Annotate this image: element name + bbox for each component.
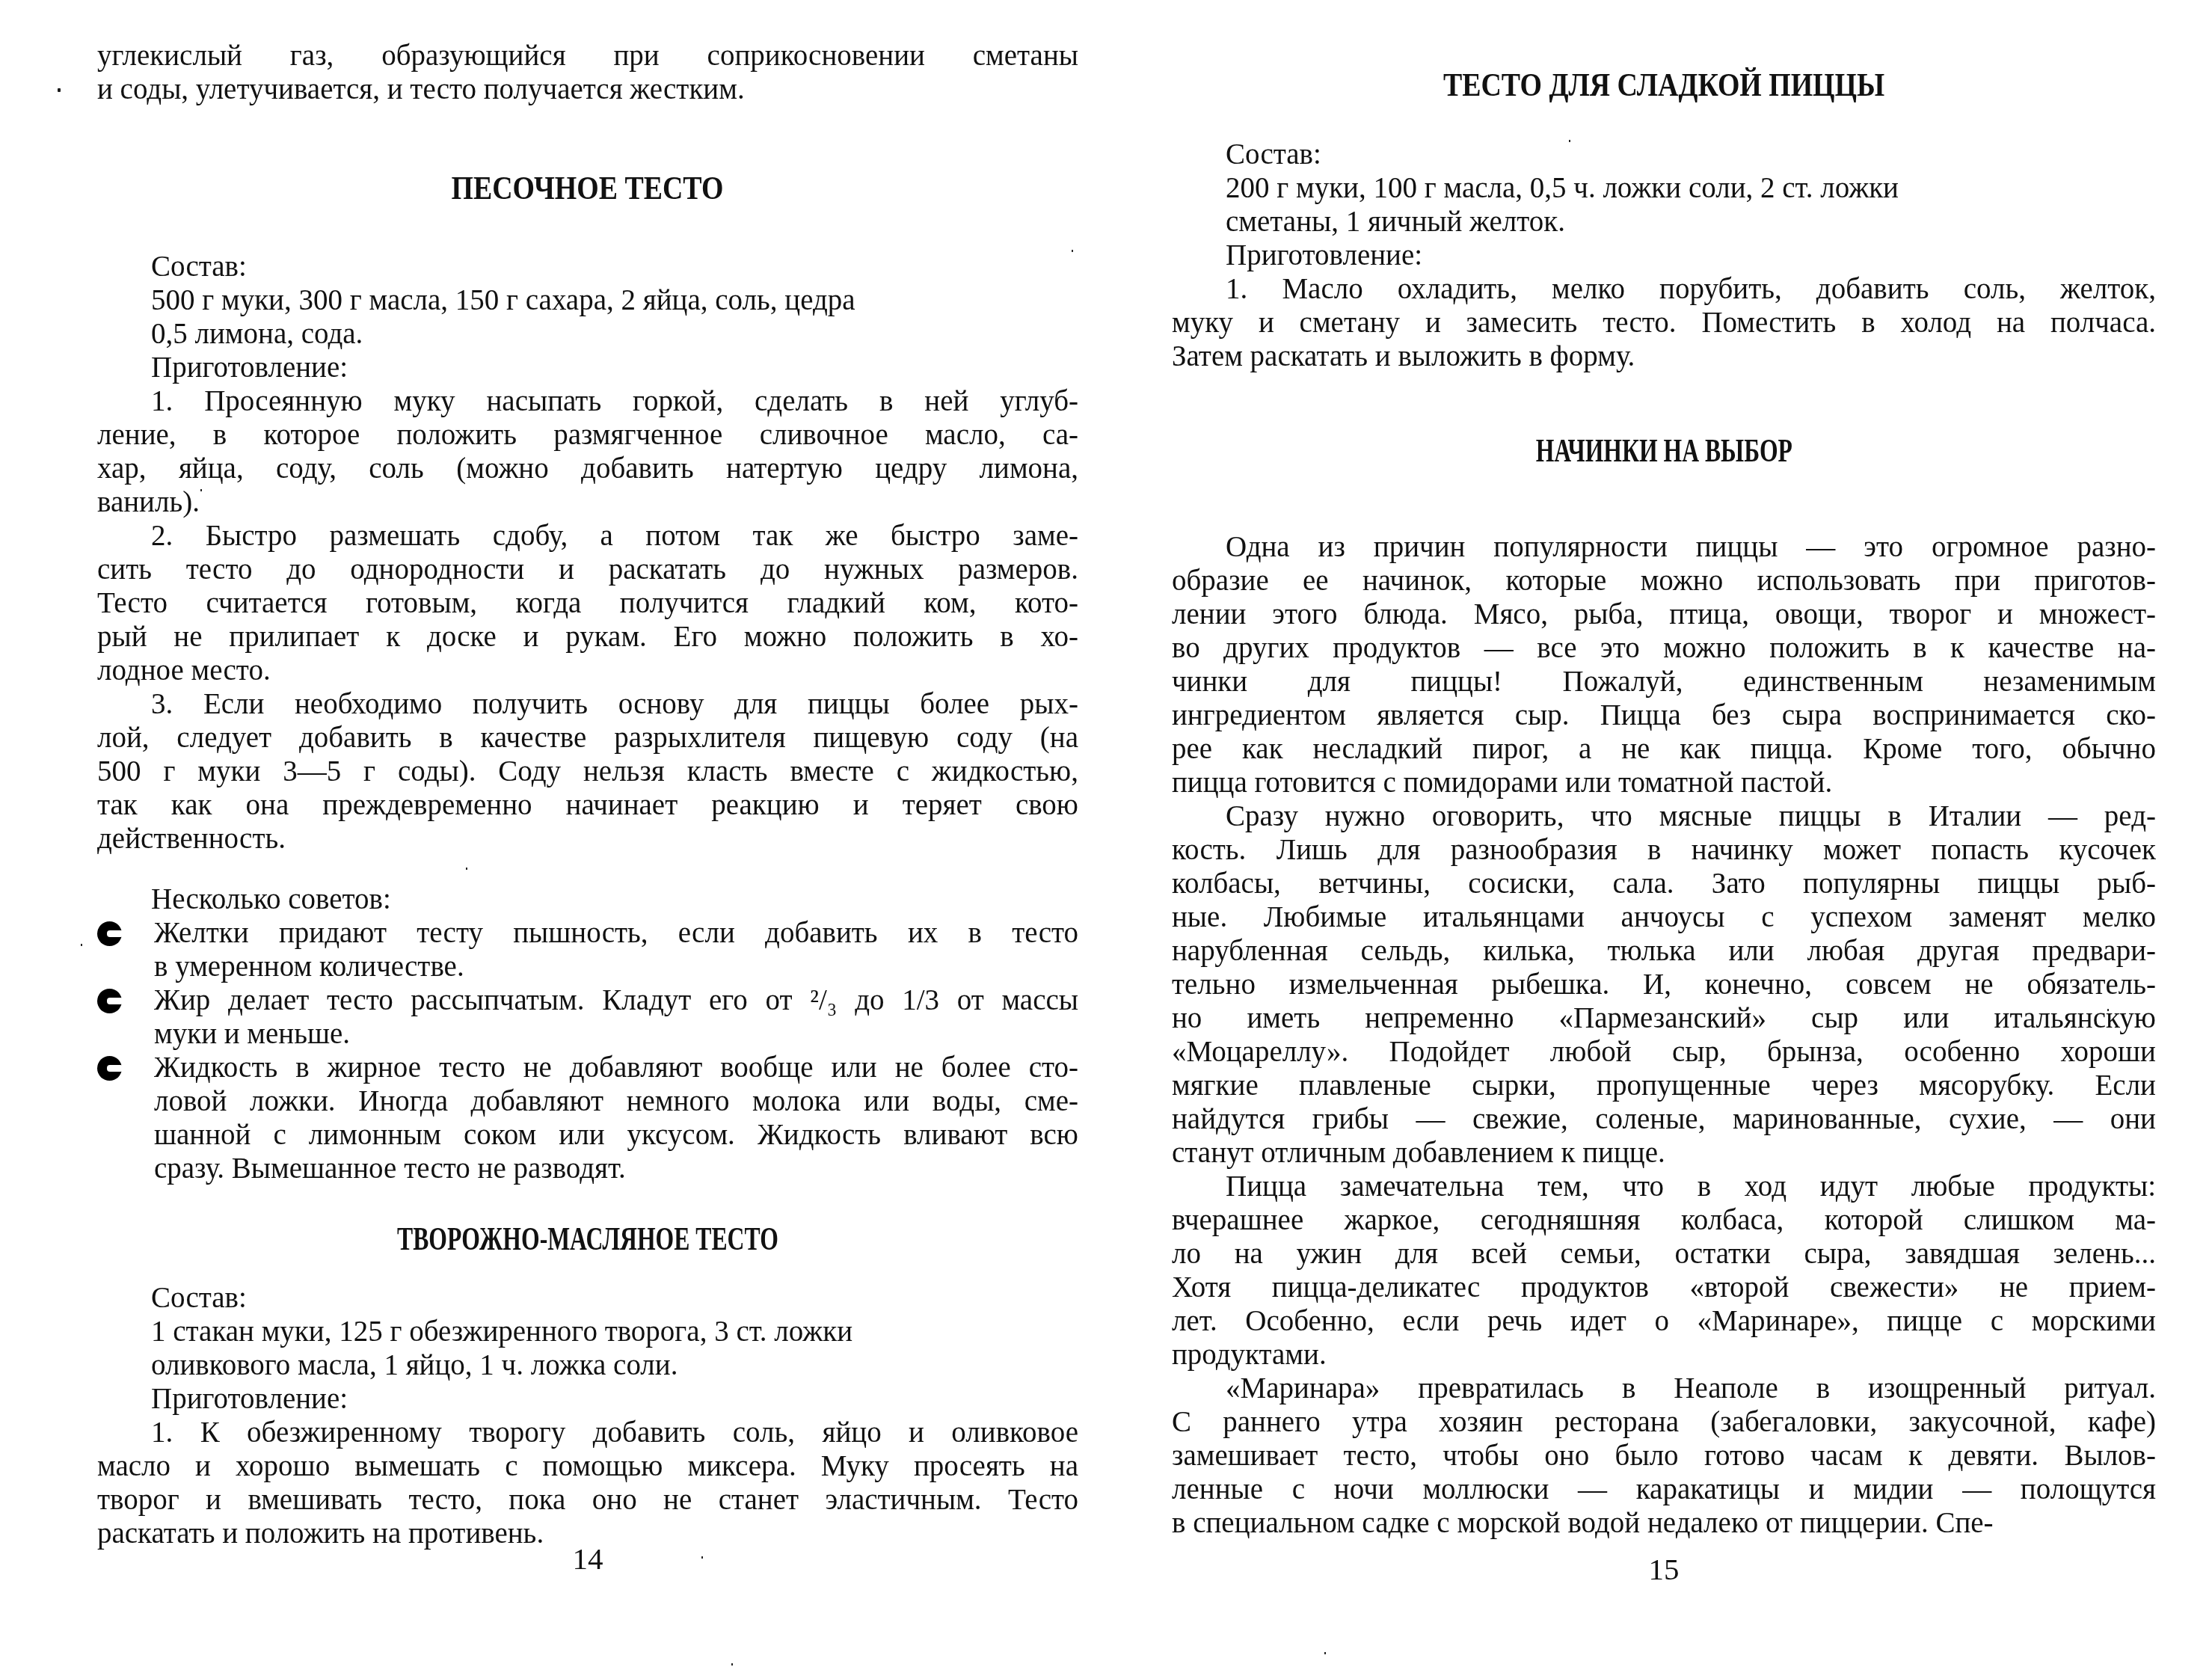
sostav-label: Состав: [151,1281,1078,1315]
text-line: Одна из причин популярности пиццы — это … [1172,530,2156,564]
step-paragraph-1: 1. К обезжиренному творогу добавить соль… [97,1416,1078,1550]
text-line: «Маринара» превратилась в Неаполе в изощ… [1172,1372,2156,1405]
heading-tvorozhno-maslyanoe-testo: ТВОРОЖНО-МАСЛЯНОЕ ТЕСТО [97,1220,1078,1259]
text-line: Сразу нужно оговорить, что мясные пиццы … [1172,799,2156,833]
text-line: Пицца замечательна тем, что в ход идут л… [1172,1170,2156,1203]
fillings-paragraph-1: Одна из причин популярности пиццы — это … [1172,530,2156,799]
heading-text: ТВОРОЖНО-МАСЛЯНОЕ ТЕСТО [397,1220,778,1259]
fillings-paragraph-2: Сразу нужно оговорить, что мясные пиццы … [1172,799,2156,1170]
text-line: творог и вмешивать тесто, пока оно не ст… [97,1483,1078,1517]
heading-pesochnoe-testo: ПЕСОЧНОЕ ТЕСТО [97,169,1078,208]
text-line: 200 г муки, 100 г масла, 0,5 ч. ложки со… [1226,171,2156,205]
text-line: найдутся грибы — свежие, соленые, марино… [1172,1102,2156,1136]
text-line: лой, следует добавить в качестве разрыхл… [97,721,1078,755]
text-line: 1. К обезжиренному творогу добавить соль… [97,1416,1078,1449]
ingredients-list: 200 г муки, 100 г масла, 0,5 ч. ложки со… [1226,171,2156,272]
text-line: Хотя пицца-деликатес продуктов «второй с… [1172,1271,2156,1304]
text-line: рый не прилипает к доске и рукам. Его мо… [97,620,1078,654]
step-paragraph-1: 1. Просеянную муку насыпать горкой, сдел… [97,384,1078,519]
text-line: Жидкость в жирное тесто не добавляют воо… [154,1051,1078,1084]
text-line: во других продуктов — все это можно поло… [1172,631,2156,665]
text-line: 1. Просеянную муку насыпать горкой, сдел… [97,384,1078,418]
sostav-label: Состав: [151,250,1078,283]
heading-testo-dlya-sladkoy-pizzy: ТЕСТО ДЛЯ СЛАДКОЙ ПИЦЦЫ [1172,66,2156,105]
text-line: 0,5 лимона, сода. [151,317,1078,351]
book-spread: углекислый газ, образующийся при соприко… [0,0,2212,1670]
text-line: лодное место. [97,654,1078,687]
text-line: Жир делает тесто рассыпчатым. Кладут его… [154,983,1078,1017]
continuation-paragraph: углекислый газ, образующийся при соприко… [97,39,1078,106]
text-line: чинки для пиццы! Пожалуй, единственным н… [1172,665,2156,699]
text-line: 500 г муки 3—5 г соды). Соду нельзя клас… [97,755,1078,788]
text-line: 1 стакан муки, 125 г обезжиренного творо… [151,1315,1078,1348]
tip-text: Жидкость в жирное тесто не добавляют воо… [154,1051,1078,1185]
text-line: в умеренном количестве. [154,950,1078,983]
text-line: лет. Особенно, если речь идет о «Маринар… [1172,1304,2156,1338]
fillings-paragraph-4: «Маринара» превратилась в Неаполе в изощ… [1172,1372,2156,1540]
heading-nachinki-na-vybor: НАЧИНКИ НА ВЫБОР [1172,432,2156,470]
text-line: в специальном садке с морской водой неда… [1172,1506,2156,1540]
text-line: ло на ужин для всей семьи, остатки сыра,… [1172,1237,2156,1271]
text-line: Тесто считается готовым, когда получится… [97,586,1078,620]
text-line: шанной с лимонным соком или уксусом. Жид… [154,1118,1078,1152]
text-line: углекислый газ, образующийся при соприко… [97,39,1078,73]
prigotovlenie-label: Приготовление: [151,1382,1078,1416]
text-line: кость. Лишь для разнообразия в начинку м… [1172,833,2156,867]
text-line: сить тесто до однородности и раскатать д… [97,553,1078,586]
scan-noise-speckles [58,88,61,92]
tip-text: Жир делает тесто рассыпчатым. Кладут его… [154,983,1078,1051]
right-page: ТЕСТО ДЛЯ СЛАДКОЙ ПИЦЦЫ Состав: 200 г му… [1172,0,2156,1540]
step-paragraph-2: 2. Быстро размешать сдобу, а потом так ж… [97,519,1078,687]
page-number-left: 14 [97,1542,1078,1576]
page-number-right: 15 [1172,1553,2156,1586]
text-line: станут отличным добавлением к пицце. [1172,1136,2156,1170]
step-paragraph-1: 1. Масло охладить, мелко порубить, добав… [1172,272,2156,373]
text-line: 2. Быстро размешать сдобу, а потом так ж… [97,519,1078,553]
tip-item-yolks: Желтки придают тесту пышность, если доба… [97,916,1078,983]
text-line: оливкового масла, 1 яйцо, 1 ч. ложка сол… [151,1348,1078,1382]
tip-text: Желтки придают тесту пышность, если доба… [154,916,1078,983]
text-line: ленные с ночи моллюски — каракатицы и ми… [1172,1473,2156,1506]
text-line: ловой ложки. Иногда добавляют немного мо… [154,1084,1078,1118]
text-line: но иметь непременно «Пармезанский» сыр и… [1172,1001,2156,1035]
text-line: рее как несладкий пирог, а не как пицца.… [1172,732,2156,766]
heading-text: ПЕСОЧНОЕ ТЕСТО [452,169,724,208]
text-line: замешивает тесто, чтобы оно было готово … [1172,1439,2156,1473]
text-line: сметаны, 1 яичный желток. [1226,205,2156,239]
prigotovlenie-label: Приготовление: [151,351,1078,384]
text-line: лении этого блюда. Мясо, рыба, птица, ов… [1172,598,2156,631]
text-line: действенность. [97,822,1078,856]
text-line: 3. Если необходимо получить основу для п… [97,687,1078,721]
text-line: Желтки придают тесту пышность, если доба… [154,916,1078,950]
step-paragraph-3: 3. Если необходимо получить основу для п… [97,687,1078,856]
text-line: пицца готовится с помидорами или томатно… [1172,766,2156,799]
bullet-arrow-icon [97,983,154,1017]
left-page: углекислый газ, образующийся при соприко… [97,0,1078,1550]
text-line: Затем раскатать и выложить в форму. [1172,340,2156,373]
text-line: образие ее начинок, которые можно исполь… [1172,564,2156,598]
fillings-paragraph-3: Пицца замечательна тем, что в ход идут л… [1172,1170,2156,1372]
text-line: нарубленная сельдь, килька, тюлька или л… [1172,934,2156,968]
tip-item-liquid: Жидкость в жирное тесто не добавляют воо… [97,1051,1078,1185]
bullet-arrow-icon [97,1051,154,1084]
text-line: ингредиентом является сыр. Пицца без сыр… [1172,699,2156,732]
bullet-arrow-icon [97,916,154,950]
text-line: вчерашнее жаркое, сегодняшняя колбаса, к… [1172,1203,2156,1237]
text-line: колбасы, ветчины, сосиски, сала. Зато по… [1172,867,2156,900]
text-line: С раннего утра хозяин ресторана (забегал… [1172,1405,2156,1439]
text-line: тельно измельченная рыбешка. И, конечно,… [1172,968,2156,1001]
text-line: так как она преждевременно начинает реак… [97,788,1078,822]
text-line: 1. Масло охладить, мелко порубить, добав… [1172,272,2156,306]
ingredients-list: 500 г муки, 300 г масла, 150 г сахара, 2… [151,283,1078,351]
sostav-label: Состав: [1226,138,2156,171]
tip-item-fat: Жир делает тесто рассыпчатым. Кладут его… [97,983,1078,1051]
ingredients-list: 1 стакан муки, 125 г обезжиренного творо… [151,1315,1078,1382]
text-line: и соды, улетучивается, и тесто получаетс… [97,73,1078,106]
text-line: 500 г муки, 300 г масла, 150 г сахара, 2… [151,283,1078,317]
text-line: ваниль). [97,485,1078,519]
text-line: продуктами. [1172,1338,2156,1372]
heading-text: НАЧИНКИ НА ВЫБОР [1535,432,1792,470]
tips-label: Несколько советов: [151,882,1078,916]
heading-text: ТЕСТО ДЛЯ СЛАДКОЙ ПИЦЦЫ [1443,66,1884,105]
text-line: муку и сметану и замесить тесто. Помести… [1172,306,2156,340]
text-line: масло и хорошо вымешать с помощью миксер… [97,1449,1078,1483]
text-line: «Моцареллу». Подойдет любой сыр, брынза,… [1172,1035,2156,1069]
text-line: сразу. Вымешанное тесто не разводят. [154,1152,1078,1185]
text-line: Приготовление: [1226,239,2156,272]
text-line: хар, яйца, соду, соль (можно добавить на… [97,452,1078,485]
text-line: муки и меньше. [154,1017,1078,1051]
text-line: ление, в которое положить размягченное с… [97,418,1078,452]
text-line: ные. Любимые итальянцами анчоусы с успех… [1172,900,2156,934]
text-line: мягкие плавленые сырки, пропущенные чере… [1172,1069,2156,1102]
